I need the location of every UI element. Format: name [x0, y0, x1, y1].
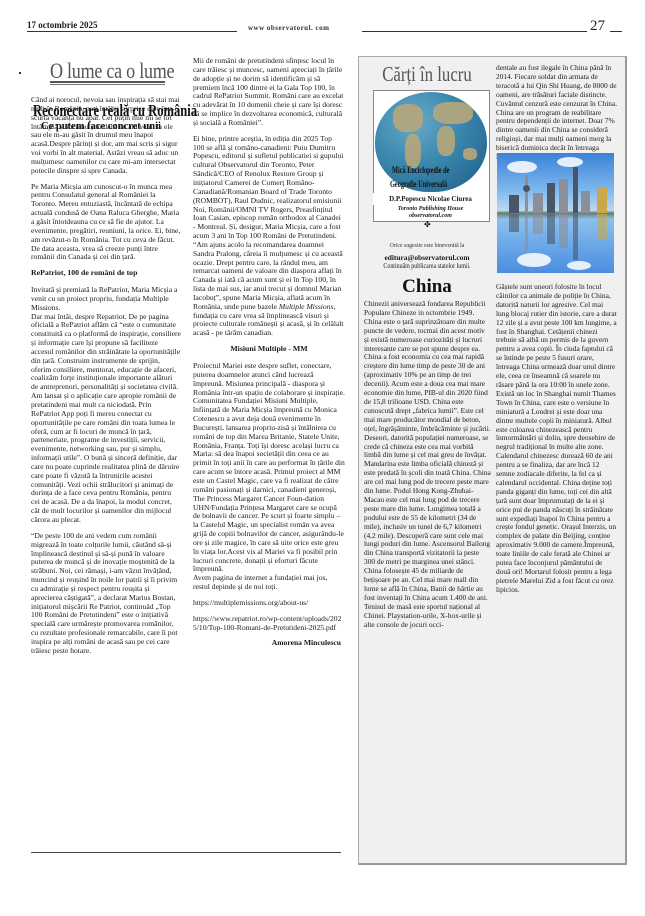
emphasis: Multiple Missions	[279, 302, 334, 311]
kicker-rule	[50, 81, 165, 83]
link-repatriot-pdf[interactable]: https://www.repatriot.ro/wp-content/uplo…	[193, 615, 345, 633]
paragraph: Mii de români de pretutindeni sfințesc l…	[193, 57, 345, 128]
book-title-line1: Mică Enciclopedie de	[392, 165, 449, 175]
bullet-dot-icon	[19, 72, 21, 74]
series-note: Continuăm publicarea statelor lumii.	[373, 262, 482, 270]
header-rule-end	[610, 31, 622, 32]
country-title: China	[363, 276, 491, 298]
paragraph: Ei bine, printre aceștia, în ediția din …	[193, 135, 345, 338]
book-title-line2: Geografie Universală	[390, 179, 447, 189]
article-column-1: Când ai norocul, nevoia sau inspirația s…	[31, 96, 181, 663]
publisher-site: observatorul.com	[373, 213, 488, 220]
china-column-2b: Gâștele sunt uneori folosite în locul câ…	[496, 283, 618, 595]
paragraph-text: Ei bine, printre aceștia, în ediția din …	[193, 134, 343, 311]
book-authors: D.P.Popescu Nicolae Ciurea	[373, 193, 488, 205]
paragraph: Pe Maria Micșia am cunoscut-o în munca m…	[31, 183, 181, 263]
paragraph: Invitată și premiată la RePatriot, Maria…	[31, 286, 181, 313]
suggestion-note: Orice sugestie este binevenită la	[363, 243, 491, 249]
paragraph: Avem pagina de internet a fundației mai …	[193, 574, 345, 592]
paragraph: Când ai norocul, nevoia sau inspirația s…	[31, 96, 181, 176]
contact-email[interactable]: editura@observatorul.com	[363, 253, 491, 262]
china-column-2: dentale au fost ilegale în China până în…	[496, 64, 618, 162]
kicker-rule-thin	[50, 84, 165, 85]
maple-leaf-icon: ✤	[424, 220, 431, 229]
paragraph: Dar mai întâi, despre Repatriot. De pe p…	[31, 313, 181, 525]
issue-date: 17 octombrie 2025	[27, 20, 97, 30]
paragraph: “De peste 100 de ani vedem cum românii m…	[31, 532, 181, 656]
subheading: Misiuni Multiple - MM	[193, 345, 345, 354]
subheading: RePatriot, 100 de români de top	[31, 269, 181, 278]
header-rule-right	[362, 31, 587, 32]
paragraph: Proiectul Mariei este despre suflet, con…	[193, 362, 345, 574]
bottom-rule	[31, 852, 341, 853]
shanghai-skyline-photo	[497, 153, 614, 273]
site-url[interactable]: www observatorul. com	[248, 24, 329, 32]
link-multiplemissions[interactable]: https://multiplemissions.org/about-us/	[193, 599, 345, 608]
sidebar-title: Cărți în lucru	[380, 62, 474, 87]
globe-map-icon	[375, 92, 487, 192]
author-signature: Amorena Minculescu	[193, 639, 345, 648]
china-column-1: Chinezii aniversează fondarea Republicii…	[364, 300, 491, 630]
publisher: Toronto Publishing House observatorul.co…	[373, 206, 488, 219]
page-number: 27	[590, 18, 605, 35]
header-rule-left	[27, 31, 237, 32]
article-column-2: Mii de români de pretutindeni sfințesc l…	[193, 57, 345, 648]
